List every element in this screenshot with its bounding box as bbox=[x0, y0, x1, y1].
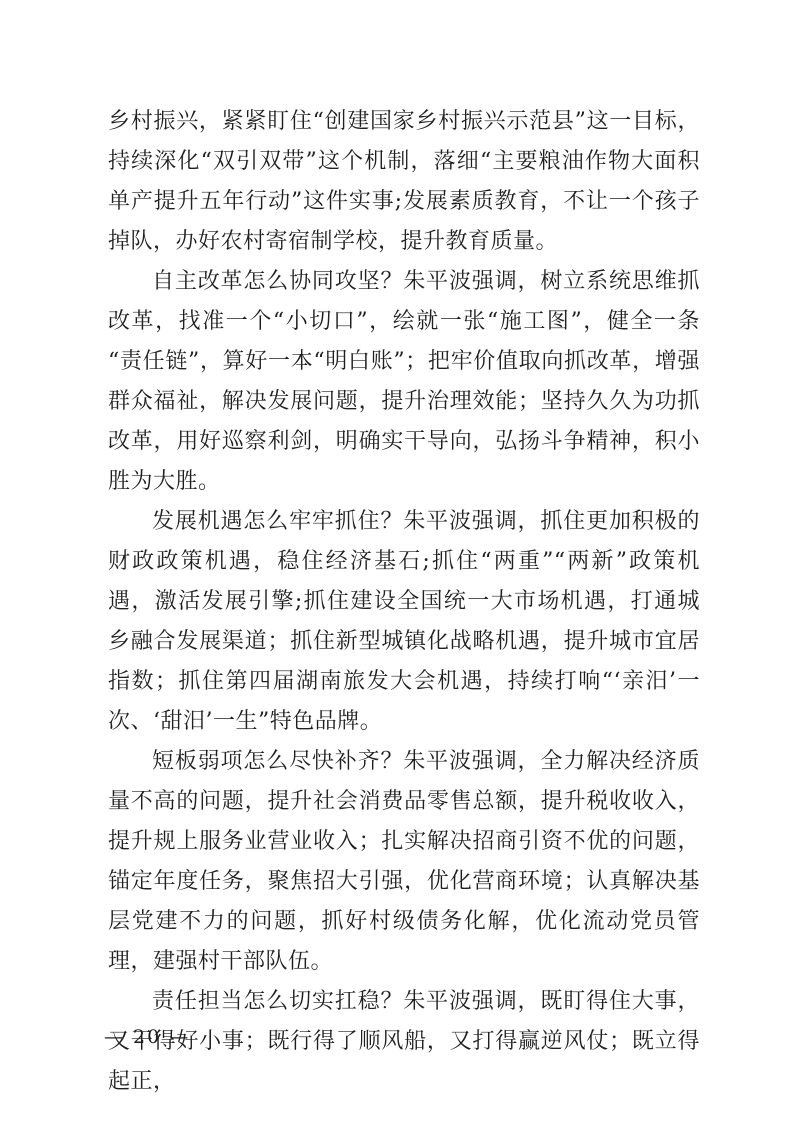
paragraph-shortcomings: 短板弱项怎么尽快补齐？朱平波强调，全力解决经济质量不高的问题，提升社会消费品零售… bbox=[108, 742, 700, 982]
paragraph-reform: 自主改革怎么协同攻坚？朱平波强调，树立系统思维抓改革，找准一个“小切口”，绘就一… bbox=[108, 262, 700, 502]
body-text: 乡村振兴，紧紧盯住“创建国家乡村振兴示范县”这一目标，持续深化“双引双带”这个机… bbox=[108, 102, 700, 1102]
document-page: 乡村振兴，紧紧盯住“创建国家乡村振兴示范县”这一目标，持续深化“双引双带”这个机… bbox=[0, 0, 793, 1122]
page-number: — 20 — bbox=[104, 1026, 190, 1048]
paragraph-responsibility: 责任担当怎么切实扛稳？朱平波强调，既盯得住大事，又干得好小事；既行得了顺风船，又… bbox=[108, 982, 700, 1102]
paragraph-opportunities: 发展机遇怎么牢牢抓住？朱平波强调，抓住更加积极的财政政策机遇，稳住经济基石;抓住… bbox=[108, 502, 700, 742]
paragraph-continuation: 乡村振兴，紧紧盯住“创建国家乡村振兴示范县”这一目标，持续深化“双引双带”这个机… bbox=[108, 102, 700, 262]
